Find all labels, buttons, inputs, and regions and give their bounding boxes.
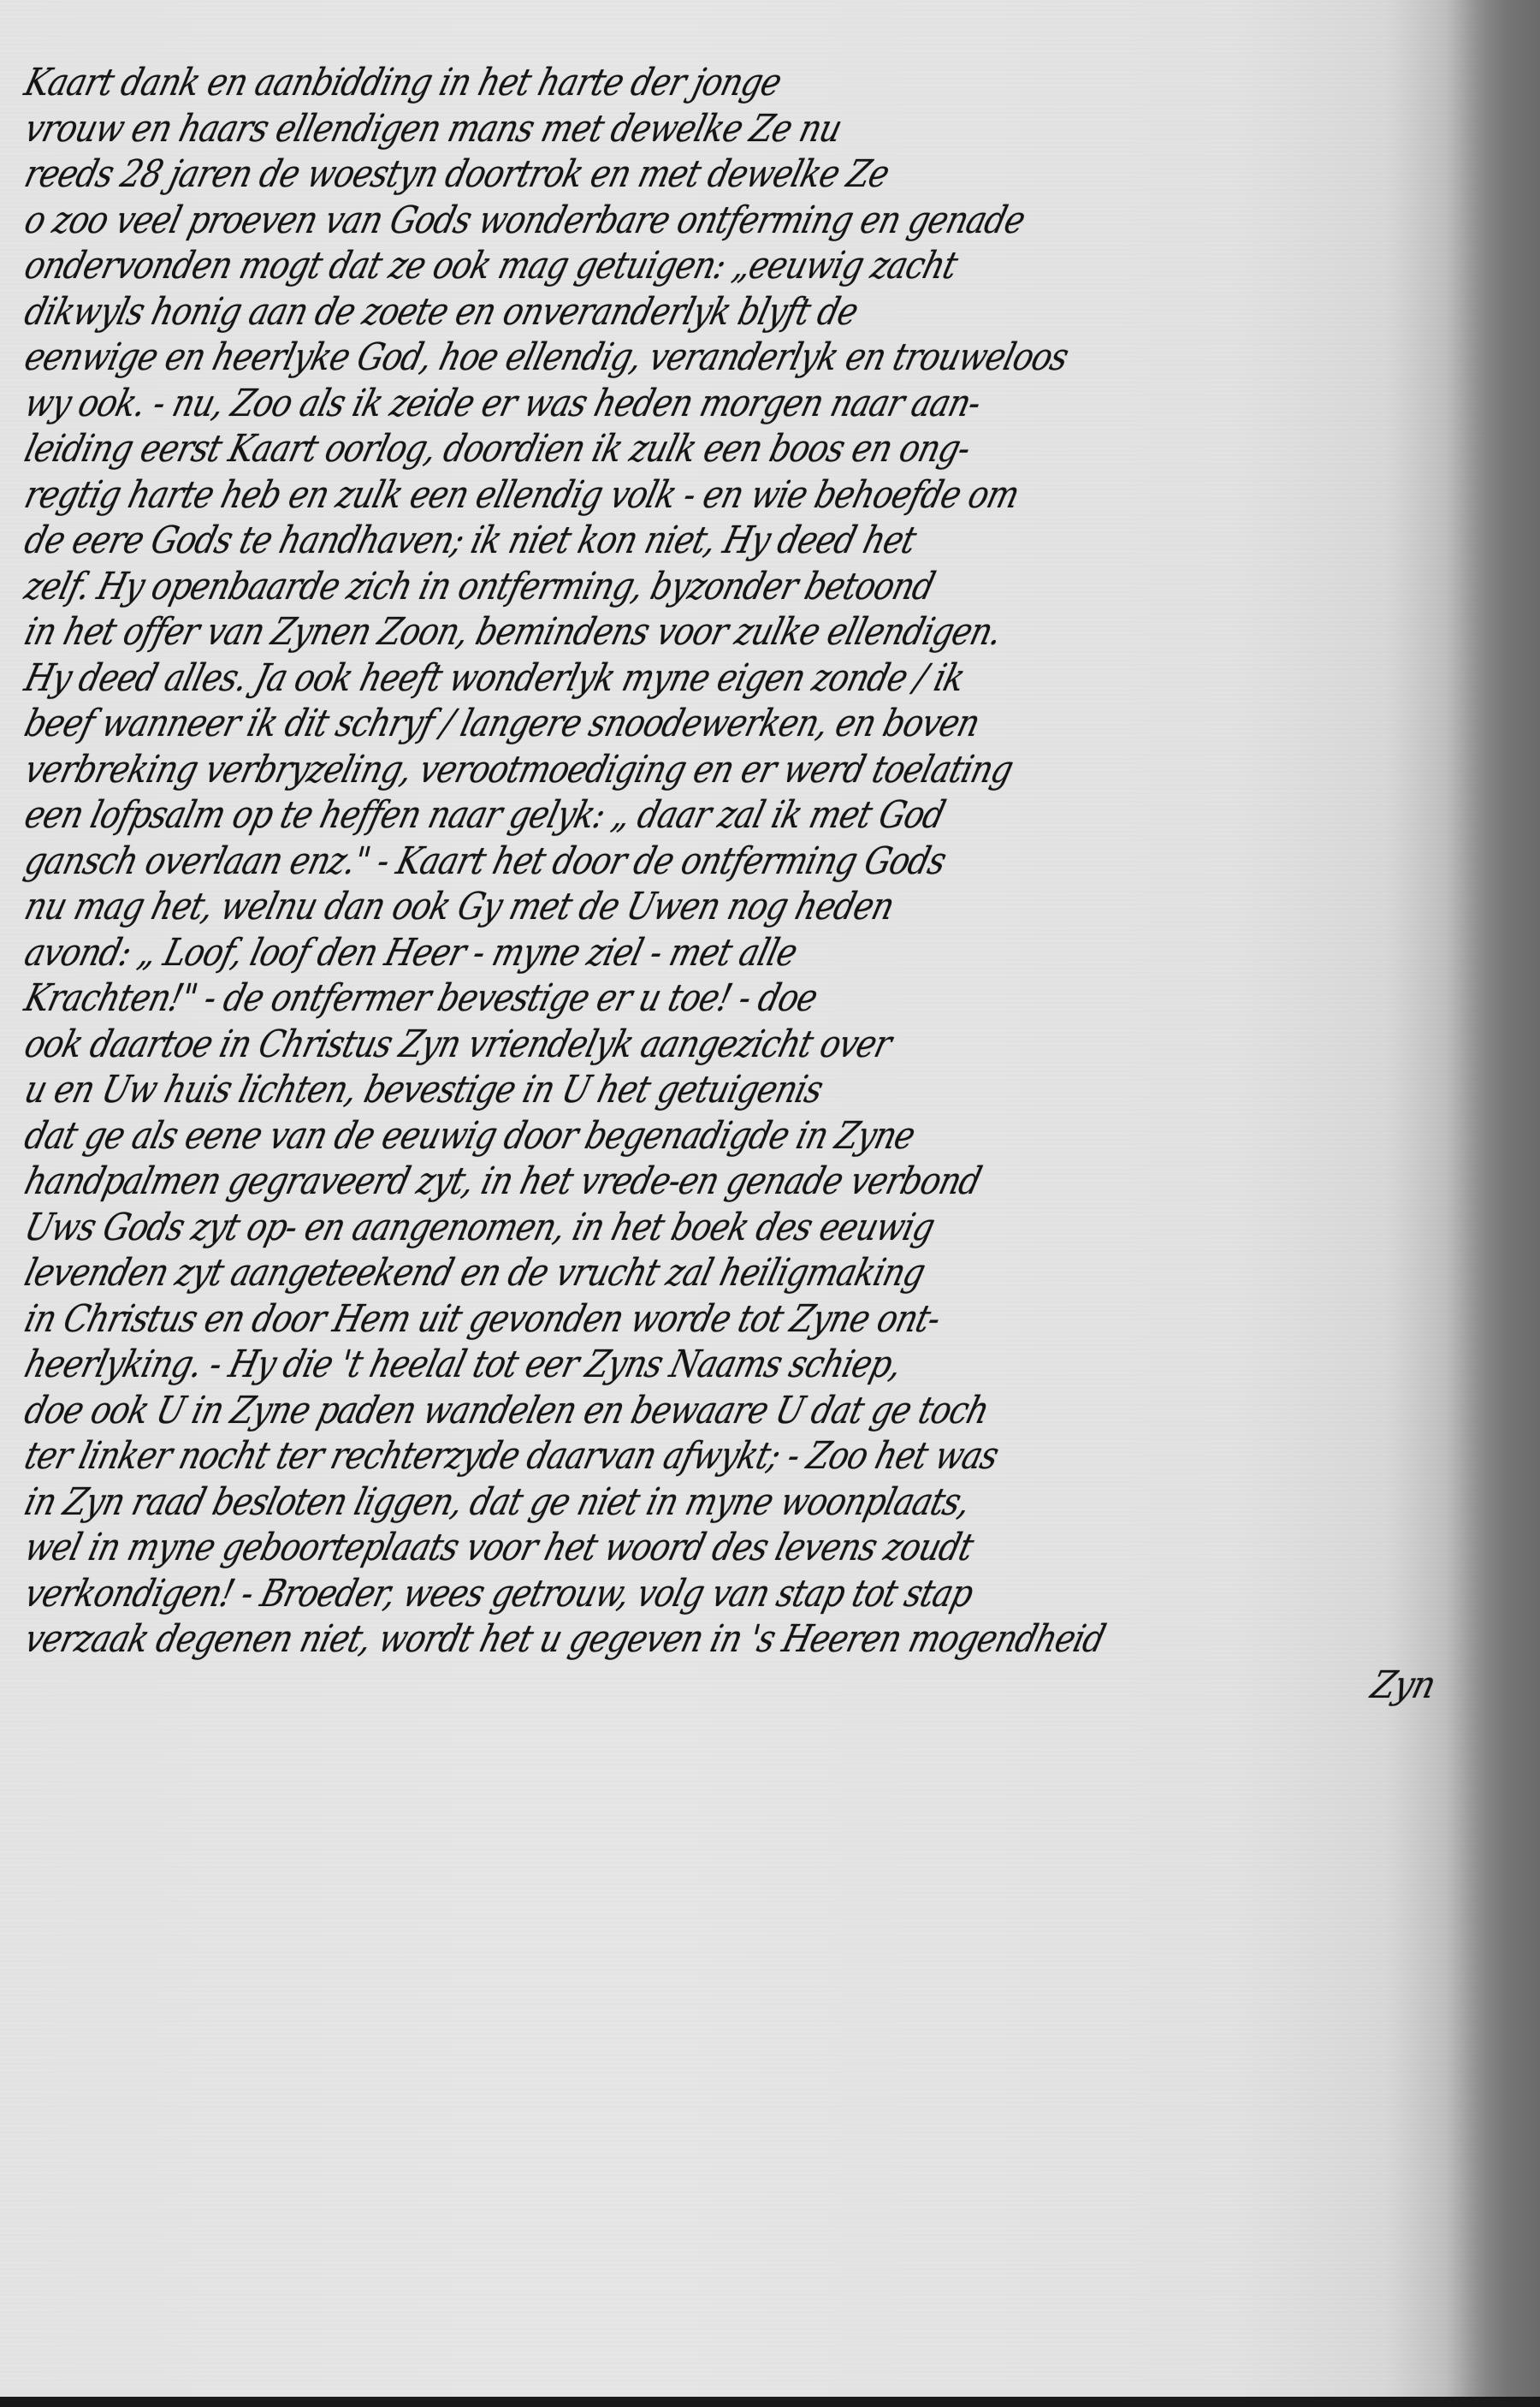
text-line: nu mag het, welnu dan ook Gy met de Uwen… [20,884,1282,930]
text-line: Kaart dank en aanbidding in het harte de… [20,60,1282,106]
text-line: in Christus en door Hem uit gevonden wor… [20,1296,1282,1343]
handwritten-text-body: Kaart dank en aanbidding in het harte de… [26,60,1480,1708]
document-page: Kaart dank en aanbidding in het harte de… [0,0,1540,2407]
text-line: dat ge als eene van de eeuwig door begen… [20,1113,1282,1159]
text-line: leiding eerst Kaart oorlog, doordien ik … [20,426,1282,472]
text-line: in het offer van Zynen Zoon, bemindens v… [20,609,1282,655]
page-gutter-shadow [1446,0,1540,2407]
text-line: ook daartoe in Christus Zyn vriendelyk a… [20,1022,1282,1068]
scan-bottom-border [0,2397,1540,2407]
text-line: zelf. Hy openbaarde zich in ontferming, … [20,564,1282,610]
text-line: levenden zyt aangeteekend en de vrucht z… [20,1250,1282,1296]
text-line: reeds 28 jaren de woestyn doortrok en me… [20,151,1282,198]
text-line: de eere Gods te handhaven; ik niet kon n… [20,518,1282,564]
text-line: wel in myne geboorteplaats voor het woor… [20,1525,1282,1571]
text-line: handpalmen gegraveerd zyt, in het vrede-… [20,1159,1282,1205]
text-line: o zoo veel proeven van Gods wonderbare o… [20,198,1282,244]
text-line: dikwyls honig aan de zoete en onverander… [20,289,1282,335]
text-line: regtig harte heb en zulk een ellendig vo… [20,472,1282,519]
text-line: Hy deed alles. Ja ook heeft wonderlyk my… [20,655,1282,702]
text-line: vrouw en haars ellendigen mans met dewel… [20,106,1282,152]
text-line: verbreking verbryzeling, verootmoediging… [20,747,1282,793]
text-line: heerlyking. - Hy die 't heelal tot eer Z… [20,1342,1282,1388]
text-line: eenwige en heerlyke God, hoe ellendig, v… [20,335,1282,381]
text-line: doe ook U in Zyne paden wandelen en bewa… [20,1388,1282,1434]
catchword: Zyn [165,1663,1485,1709]
text-line: Krachten!" - de ontfermer bevestige er u… [20,975,1282,1022]
text-line: u en Uw huis lichten, bevestige in U het… [20,1067,1282,1113]
text-line: ter linker nocht ter rechterzyde daarvan… [20,1433,1282,1479]
text-line: gansch overlaan enz." - Kaart het door d… [20,839,1282,885]
text-line: verkondigen! - Broeder, wees getrouw, vo… [20,1571,1282,1617]
text-line: wy ook. - nu, Zoo als ik zeide er was he… [20,381,1282,427]
text-line: avond: „ Loof, loof den Heer - myne ziel… [20,930,1282,976]
text-line: verzaak degenen niet, wordt het u gegeve… [20,1616,1282,1663]
text-line: een lofpsalm op te heffen naar gelyk: „ … [20,792,1282,839]
text-line: in Zyn raad besloten liggen, dat ge niet… [20,1479,1282,1526]
text-line: ondervonden mogt dat ze ook mag getuigen… [20,243,1282,289]
text-line: beef wanneer ik dit schryf / langere sno… [20,701,1282,747]
text-line: Uws Gods zyt op- en aangenomen, in het b… [20,1205,1282,1251]
